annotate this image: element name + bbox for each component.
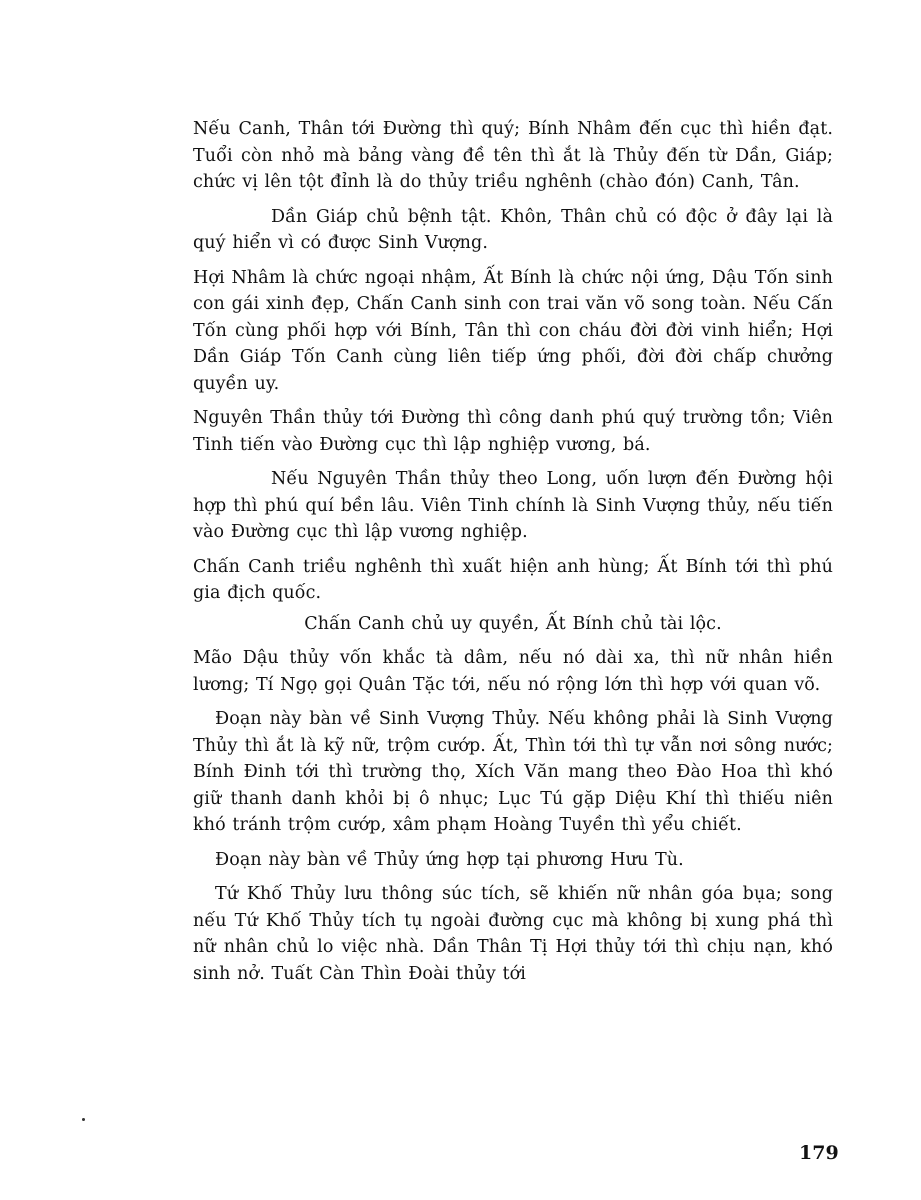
paragraph-5: Nếu Nguyên Thần thủy theo Long, uốn lượn…	[193, 466, 833, 546]
paragraph-2: Dần Giáp chủ bệnh tật. Khôn, Thân chủ có…	[193, 204, 833, 257]
paragraph-8: Mão Dậu thủy vốn khắc tà dâm, nếu nó dài…	[193, 645, 833, 698]
paragraph-9: Đoạn này bàn về Sinh Vượng Thủy. Nếu khô…	[193, 706, 833, 839]
scan-speck	[82, 1118, 85, 1121]
paragraph-11: Tứ Khố Thủy lưu thông súc tích, sẽ khiến…	[193, 881, 833, 987]
paragraph-3: Hợi Nhâm là chức ngoại nhậm, Ất Bính là …	[193, 265, 833, 398]
paragraph-7-centered: Chấn Canh chủ uy quyền, Ất Bính chủ tài …	[193, 611, 833, 638]
page-number: 179	[799, 1142, 839, 1164]
page-body: Nếu Canh, Thân tới Đường thì quý; Bính N…	[193, 116, 833, 995]
paragraph-1: Nếu Canh, Thân tới Đường thì quý; Bính N…	[193, 116, 833, 196]
paragraph-4: Nguyên Thần thủy tới Đường thì công danh…	[193, 405, 833, 458]
scan-speck	[428, 211, 430, 213]
paragraph-10: Đoạn này bàn về Thủy ứng hợp tại phương …	[193, 847, 833, 874]
paragraph-6: Chấn Canh triều nghênh thì xuất hiện anh…	[193, 554, 833, 607]
